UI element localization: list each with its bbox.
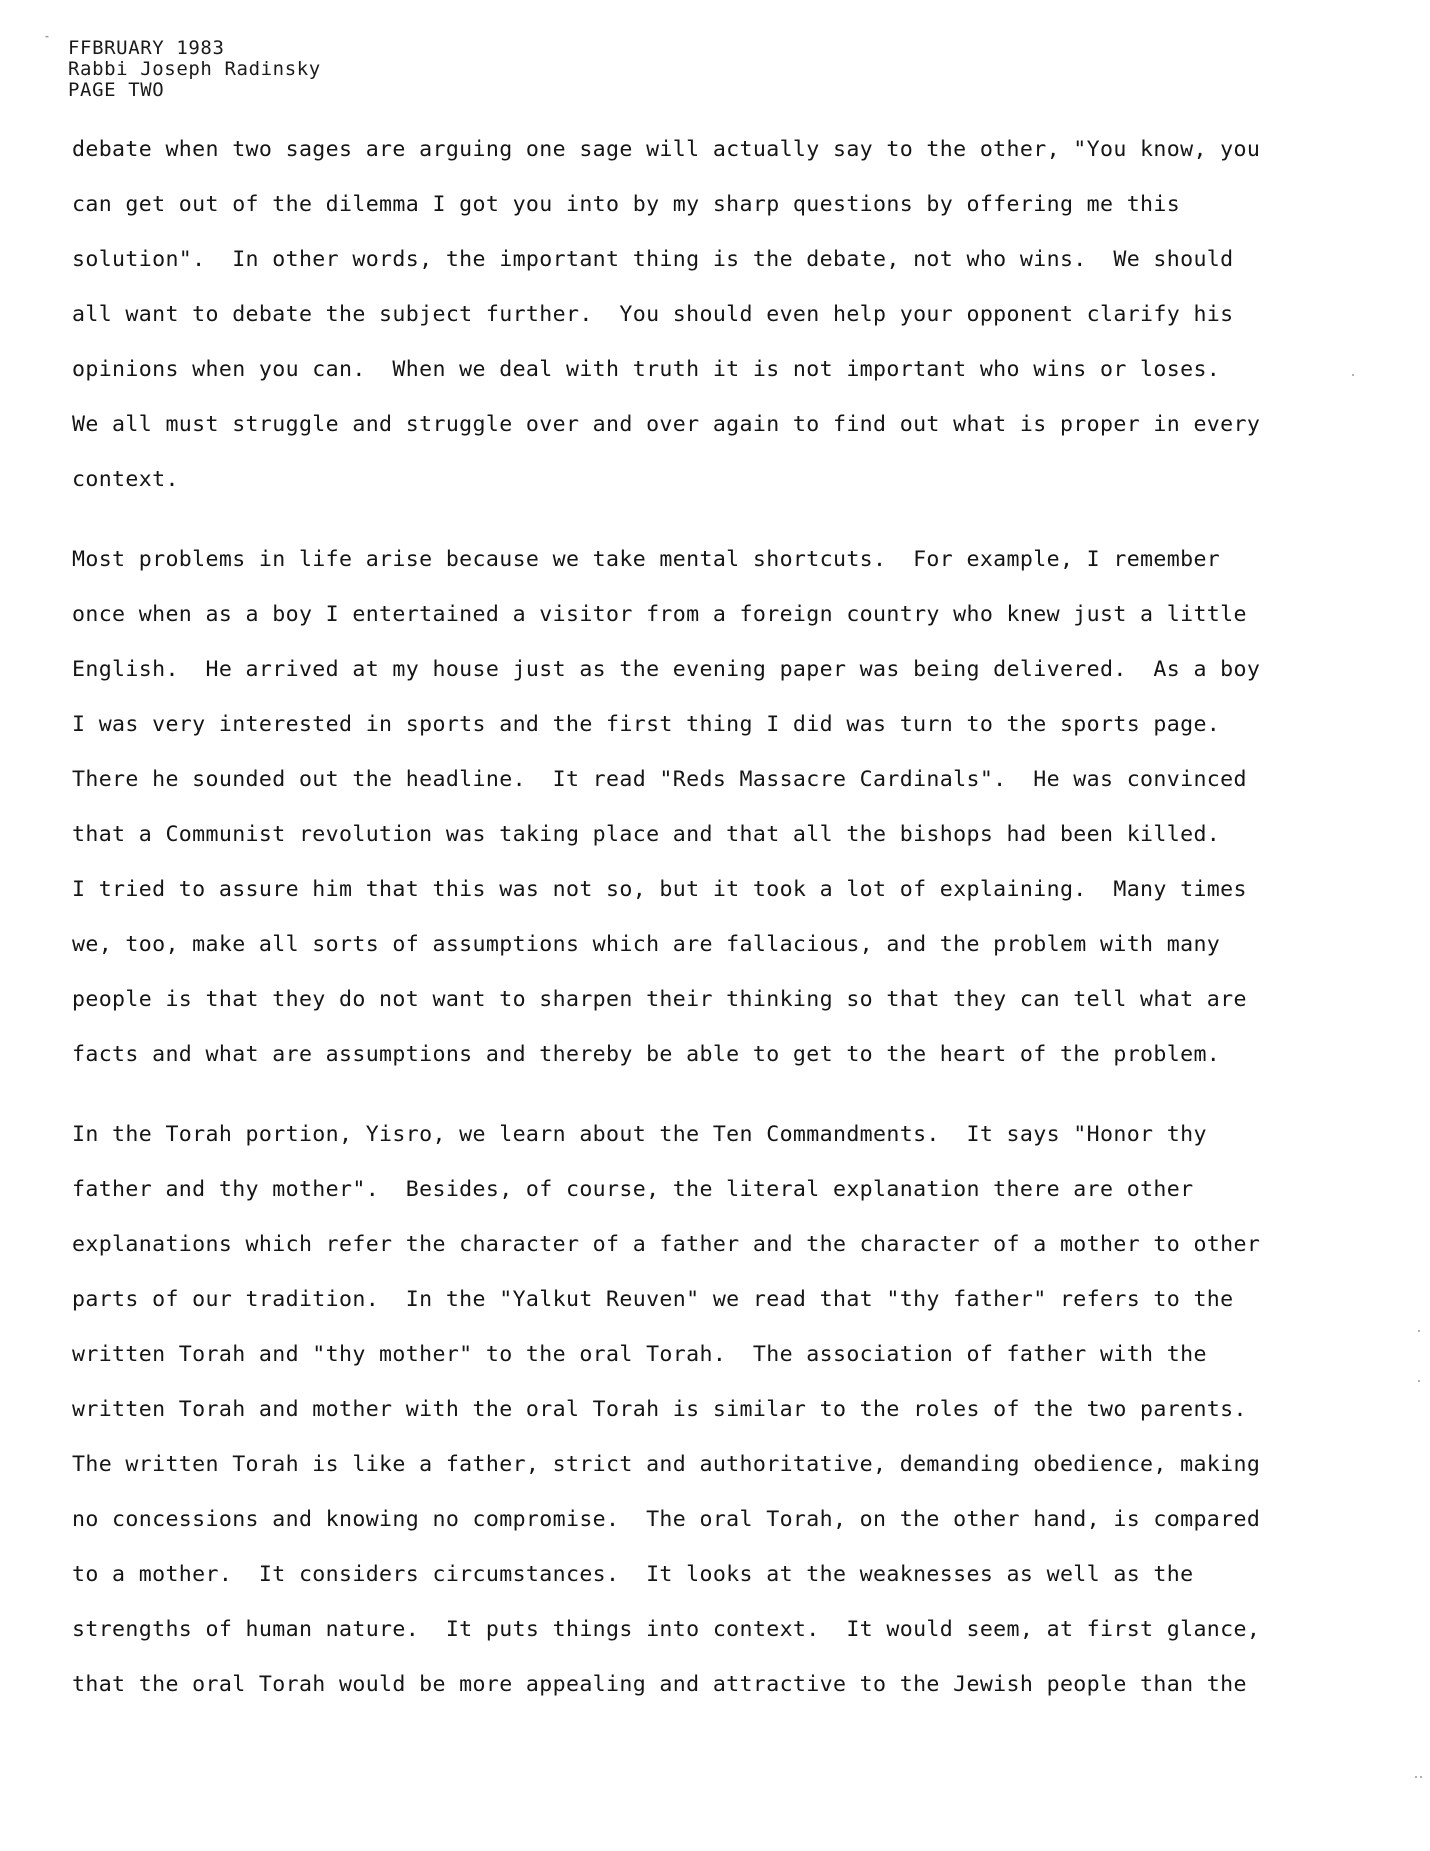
text-line: parts of our tradition. In the "Yalkut R…	[72, 1285, 1372, 1340]
text-line: debate when two sages are arguing one sa…	[72, 135, 1372, 190]
text-line: father and thy mother". Besides, of cour…	[72, 1175, 1372, 1230]
text-line: English. He arrived at my house just as …	[72, 655, 1372, 710]
text-line: written Torah and mother with the oral T…	[72, 1395, 1372, 1450]
text-line: solution". In other words, the important…	[72, 245, 1372, 300]
scan-speck	[1420, 1776, 1422, 1778]
text-line: opinions when you can. When we deal with…	[72, 355, 1372, 410]
text-line: once when as a boy I entertained a visit…	[72, 600, 1372, 655]
text-line: The written Torah is like a father, stri…	[72, 1450, 1372, 1505]
scan-mark: ˉ	[44, 36, 50, 47]
text-line: written Torah and "thy mother" to the or…	[72, 1340, 1372, 1395]
page-header: FFBRUARY 1983 Rabbi Joseph Radinsky PAGE…	[68, 38, 321, 101]
scan-speck	[1352, 374, 1354, 376]
document-page: ˉ FFBRUARY 1983 Rabbi Joseph Radinsky PA…	[0, 0, 1430, 1851]
text-line: I tried to assure him that this was not …	[72, 875, 1372, 930]
text-line: strengths of human nature. It puts thing…	[72, 1615, 1372, 1670]
text-line: We all must struggle and struggle over a…	[72, 410, 1372, 465]
paragraph: debate when two sages are arguing one sa…	[72, 135, 1372, 520]
scan-speck	[1415, 1776, 1417, 1778]
scan-speck	[1418, 1330, 1420, 1332]
document-body: debate when two sages are arguing one sa…	[72, 135, 1372, 1725]
text-line: that a Communist revolution was taking p…	[72, 820, 1372, 875]
text-line: Most problems in life arise because we t…	[72, 545, 1372, 600]
text-line: context.	[72, 465, 1372, 520]
header-author: Rabbi Joseph Radinsky	[68, 59, 321, 80]
scan-speck	[1418, 1380, 1420, 1382]
text-line: facts and what are assumptions and there…	[72, 1040, 1372, 1095]
header-date: FFBRUARY 1983	[68, 38, 321, 59]
text-line: to a mother. It considers circumstances.…	[72, 1560, 1372, 1615]
text-line: we, too, make all sorts of assumptions w…	[72, 930, 1372, 985]
text-line: explanations which refer the character o…	[72, 1230, 1372, 1285]
text-line: There he sounded out the headline. It re…	[72, 765, 1372, 820]
text-line: all want to debate the subject further. …	[72, 300, 1372, 355]
text-line: I was very interested in sports and the …	[72, 710, 1372, 765]
paragraph: In the Torah portion, Yisro, we learn ab…	[72, 1120, 1372, 1725]
text-line: people is that they do not want to sharp…	[72, 985, 1372, 1040]
text-line: In the Torah portion, Yisro, we learn ab…	[72, 1120, 1372, 1175]
paragraph: Most problems in life arise because we t…	[72, 545, 1372, 1095]
text-line: that the oral Torah would be more appeal…	[72, 1670, 1372, 1725]
header-page-label: PAGE TWO	[68, 80, 321, 101]
text-line: no concessions and knowing no compromise…	[72, 1505, 1372, 1560]
text-line: can get out of the dilemma I got you int…	[72, 190, 1372, 245]
